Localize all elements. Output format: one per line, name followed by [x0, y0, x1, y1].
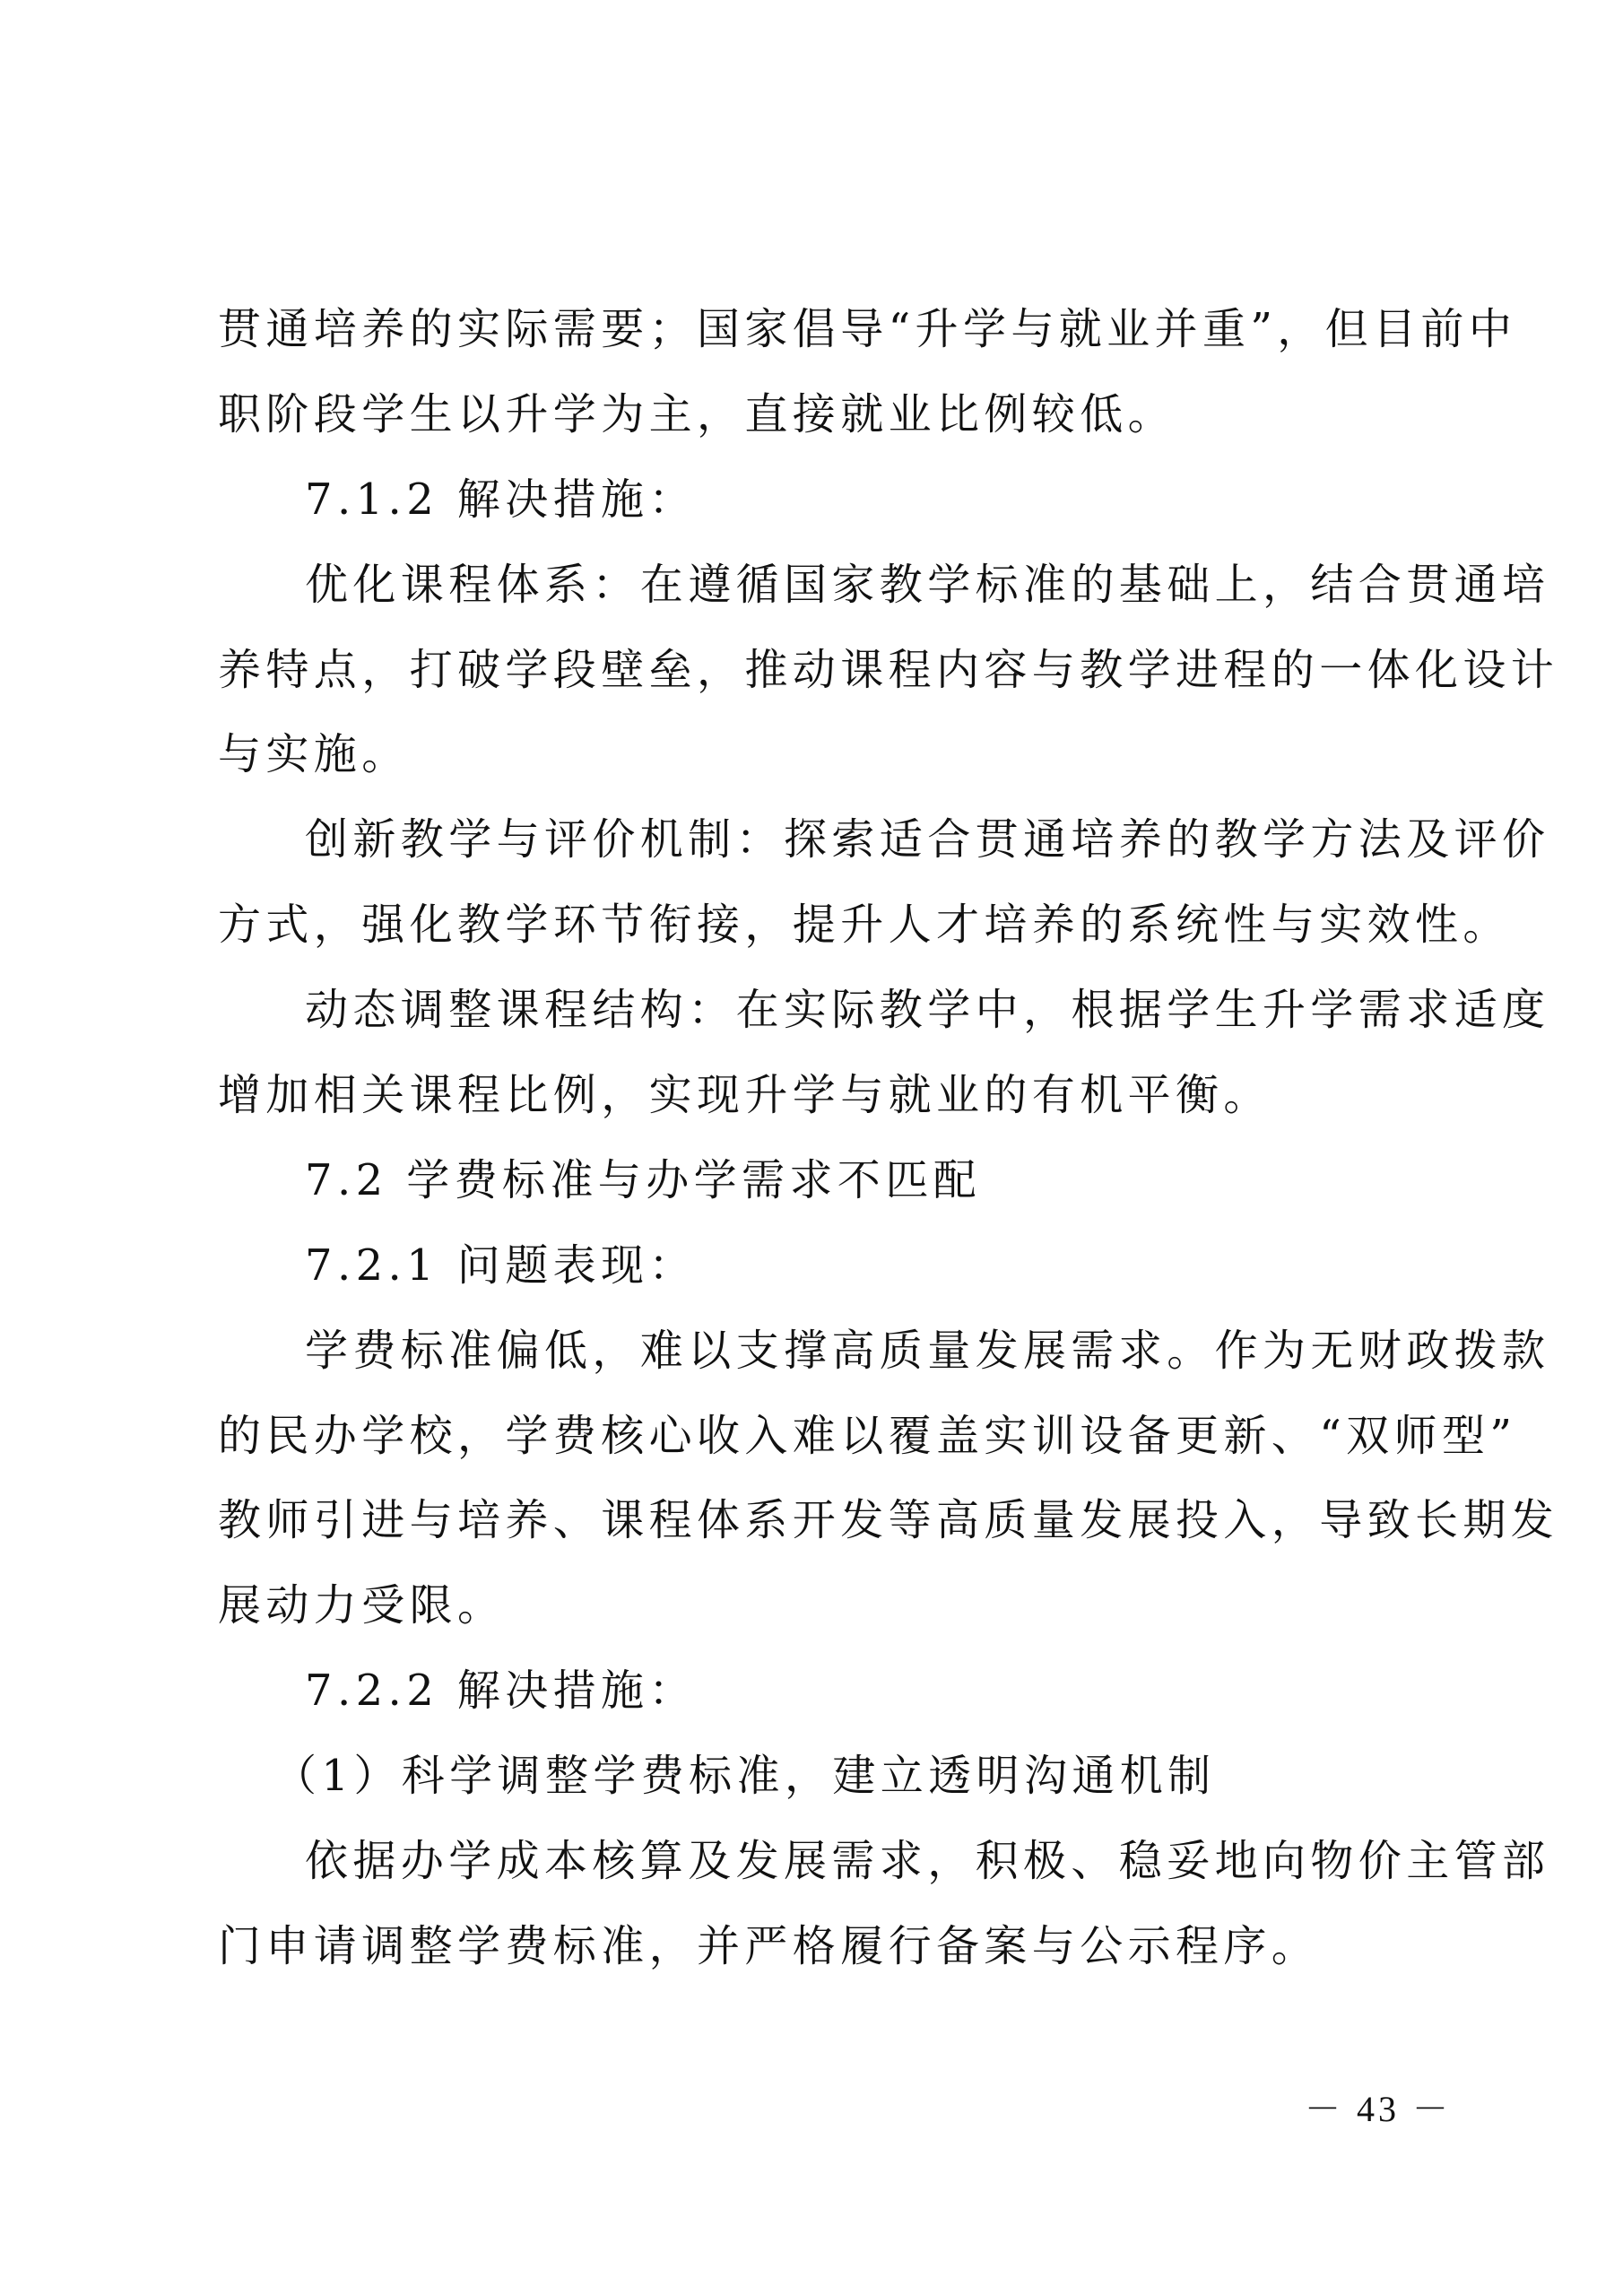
text-line: 职阶段学生以升学为主，直接就业比例较低。: [218, 372, 1424, 457]
text-line: 展动力受限。: [218, 1563, 1424, 1648]
paragraph-continuation: 贯通培养的实际需要；国家倡导“升学与就业并重”，但目前中 职阶段学生以升学为主，…: [218, 287, 1424, 457]
text-line: 养特点，打破学段壁垒，推动课程内容与教学进程的一体化设计: [218, 628, 1424, 713]
text-line: 增加相关课程比例，实现升学与就业的有机平衡。: [218, 1053, 1424, 1138]
page-number: － 43 －: [1305, 2087, 1452, 2132]
heading-7-2-1: 7.2.1 问题表现：: [218, 1223, 1424, 1309]
paragraph-optimize-curriculum: 优化课程体系：在遵循国家教学标准的基础上，结合贯通培 养特点，打破学段壁垒，推动…: [218, 543, 1424, 798]
text-line: 贯通培养的实际需要；国家倡导“升学与就业并重”，但目前中: [218, 287, 1424, 372]
document-body: 贯通培养的实际需要；国家倡导“升学与就业并重”，但目前中 职阶段学生以升学为主，…: [218, 287, 1424, 1989]
section-heading: 7.2.1 问题表现：: [218, 1223, 1424, 1309]
heading-7-1-2: 7.1.2 解决措施：: [218, 457, 1424, 543]
text-line: 门申请调整学费标准，并严格履行备案与公示程序。: [218, 1904, 1424, 1989]
section-heading: 7.1.2 解决措施：: [218, 457, 1424, 543]
text-line: 动态调整课程结构：在实际教学中，根据学生升学需求适度: [218, 968, 1424, 1053]
document-page: 贯通培养的实际需要；国家倡导“升学与就业并重”，但目前中 职阶段学生以升学为主，…: [0, 0, 1623, 2296]
paragraph-tuition-low: 学费标准偏低，难以支撑高质量发展需求。作为无财政拨款 的民办学校，学费核心收入难…: [218, 1309, 1424, 1649]
paragraph-innovate-teaching: 创新教学与评价机制：探索适合贯通培养的教学方法及评价 方式，强化教学环节衔接，提…: [218, 797, 1424, 968]
text-line: 优化课程体系：在遵循国家教学标准的基础上，结合贯通培: [218, 543, 1424, 628]
text-line: 方式，强化教学环节衔接，提升人才培养的系统性与实效性。: [218, 883, 1424, 968]
text-line: 依据办学成本核算及发展需求，积极、稳妥地向物价主管部: [218, 1819, 1424, 1904]
text-line: 教师引进与培养、课程体系开发等高质量发展投入，导致长期发: [218, 1478, 1424, 1563]
text-line: 创新教学与评价机制：探索适合贯通培养的教学方法及评价: [218, 797, 1424, 883]
heading-7-2-2: 7.2.2 解决措施：: [218, 1648, 1424, 1734]
heading-7-2: 7.2 学费标准与办学需求不匹配: [218, 1138, 1424, 1223]
text-line: 的民办学校，学费核心收入难以覆盖实训设备更新、“双师型”: [218, 1394, 1424, 1479]
paragraph-dynamic-adjust: 动态调整课程结构：在实际教学中，根据学生升学需求适度 增加相关课程比例，实现升学…: [218, 968, 1424, 1138]
section-heading: 7.2.2 解决措施：: [218, 1648, 1424, 1734]
subheading-item-1: （1）科学调整学费标准，建立透明沟通机制: [218, 1734, 1424, 1819]
section-heading: 7.2 学费标准与办学需求不匹配: [218, 1138, 1424, 1223]
subsection-heading: （1）科学调整学费标准，建立透明沟通机制: [218, 1734, 1424, 1819]
paragraph-apply-adjust: 依据办学成本核算及发展需求，积极、稳妥地向物价主管部 门申请调整学费标准，并严格…: [218, 1819, 1424, 1989]
text-line: 与实施。: [218, 712, 1424, 797]
text-line: 学费标准偏低，难以支撑高质量发展需求。作为无财政拨款: [218, 1309, 1424, 1394]
